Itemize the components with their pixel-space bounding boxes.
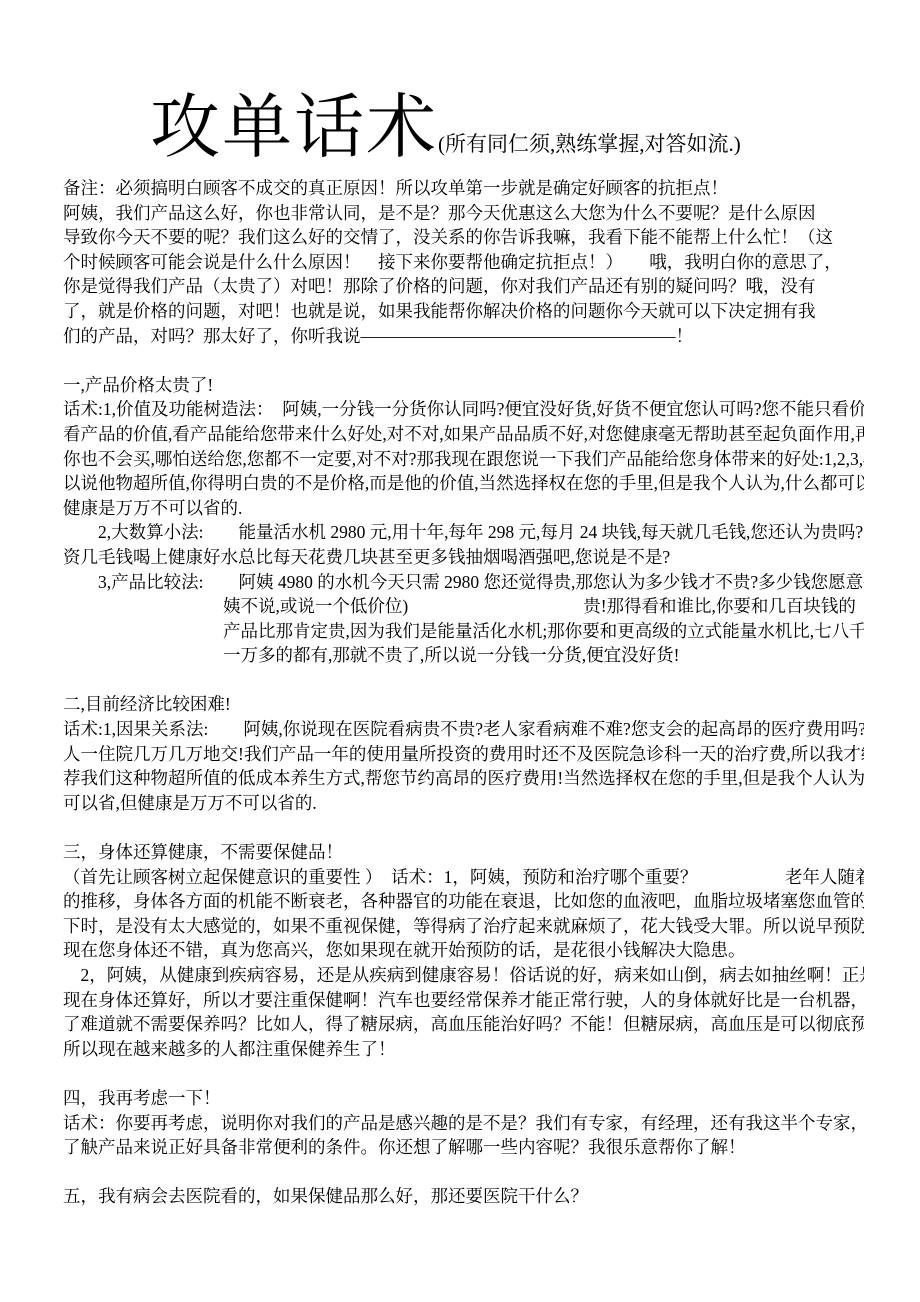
text-line: 现在您身体还不错，真为您高兴，您如果现在就开始预防的话，是花很小钱解决大隐患。	[63, 938, 864, 963]
text-line: 看产品的价值,看产品能给您带来什么好处,对不对,如果产品品质不好,对您健康毫无帮…	[63, 422, 864, 447]
text-line: 2,大数算小法: 能量活水机 2980 元,用十年,每年 298 元,每月 24…	[63, 520, 864, 545]
text-line: 一,产品价格太贵了!	[63, 373, 864, 398]
text-line	[63, 1061, 864, 1086]
text-line: 以说他物超所值,你得明白贵的不是价格,而是他的价值,当然选择权在您的手里,但是我…	[63, 471, 864, 496]
text-line: 话术：你要再考虑，说明你对我们的产品是感兴趣的是不是？我们有专家，有经理，还有我…	[63, 1111, 864, 1136]
text-line: 荐我们这种物超所值的低成本养生方式,帮您节约高昂的医疗费用!当然选择权在您的手里…	[63, 766, 864, 791]
text-line: 一万多的都有,那就不贵了,所以说一分钱一分货,便宜没好货!	[63, 643, 864, 668]
text-line: 你也不会买,哪怕送给您,您都不一定要,对不对?那我现在跟您说一下我们产品能给您身…	[63, 447, 864, 472]
text-line: 健康是万万不可以省的.	[63, 496, 864, 521]
text-line: 资几毛钱喝上健康好水总比每天花费几块甚至更多钱抽烟喝酒强吧,您说是不是?	[63, 545, 864, 570]
text-line	[63, 348, 864, 373]
text-line: 现在身体还算好，所以才要注重保健啊！汽车也要经常保养才能正常行驶，人的身体就好比…	[63, 988, 864, 1013]
text-line: 可以省,但健康是万万不可以省的.	[63, 791, 864, 816]
text-line: 话术:1,因果关系法: 阿姨,你说现在医院看病贵不贵?老人家看病难不难?您支会的…	[63, 717, 864, 742]
text-line	[63, 815, 864, 840]
document-page: 攻单话术(所有同仁须,熟练掌握,对答如流.) 备注：必须搞明白顾客不成交的真正原…	[0, 0, 920, 1302]
text-line: 所以现在越来越多的人都注重保健养生了！	[63, 1037, 864, 1062]
text-line: 导致你今天不要的呢？我们这么好的交情了，没关系的你告诉我嘛，我看下能不能帮上什么…	[63, 225, 864, 250]
text-line: 二,目前经济比较困难!	[63, 692, 864, 717]
document-subtitle: (所有同仁须,熟练掌握,对答如流.)	[438, 132, 741, 156]
text-line: 四，我再考虑一下！	[63, 1086, 864, 1111]
text-line: 们的产品，对吗？那太好了，你听我说——————————————————！	[63, 324, 864, 349]
text-line: 姨不说,或说一个低价位) 贵!那得看和谁比,你要和几百块钱的	[63, 594, 864, 619]
text-line	[63, 1160, 864, 1185]
text-line: 个时候顾客可能会说是什么什么原因！ 接下来你要帮他确定抗拒点！） 哦，我明白你的…	[63, 250, 864, 275]
text-line: 你是觉得我们产品（太贵了）对吧！那除了价格的问题，你对我们产品还有别的疑问吗？哦…	[63, 274, 864, 299]
text-line: 3,产品比较法: 阿姨 4980 的水机今天只需 2980 您还觉得贵,那您认为…	[63, 570, 864, 595]
text-line: 五，我有病会去医院看的，如果保健品那么好，那还要医院干什么？	[63, 1184, 864, 1209]
text-line: 产品比那肯定贵,因为我们是能量活化水机;那你要和更高级的立式能量水机比,七八千甚…	[63, 619, 864, 644]
text-line: 人一住院几万几万地交!我们产品一年的使用量所投资的费用时还不及医院急诊科一天的治…	[63, 742, 864, 767]
text-line: 话术:1,价值及功能树造法： 阿姨,一分钱一分货你认同吗?便宜没好货,好货不便宜…	[63, 397, 864, 422]
text-line: （首先让顾客树立起保健意识的重要性 ） 话术：1，阿姨，预防和治疗哪个重要？ 老…	[63, 865, 864, 890]
text-line: 2，阿姨，从健康到疾病容易，还是从疾病到健康容易！俗话说的好，病来如山倒，病去如…	[63, 963, 864, 988]
text-line: 了难道就不需要保养吗？比如人，得了糖尿病，高血压能治好吗？不能！但糖尿病，高血压…	[63, 1012, 864, 1037]
text-line: 了，就是价格的问题，对吧！也就是说，如果我能帮你解决价格的问题你今天就可以下决定…	[63, 299, 864, 324]
text-line	[63, 668, 864, 693]
text-line: 了觖产品来说正好具备非常便利的条件。你还想了解哪一些内容呢？我很乐意帮你了解！	[63, 1135, 864, 1160]
document-title: 攻单话术	[150, 90, 438, 167]
text-line: 三，身体还算健康，不需要保健品！	[63, 840, 864, 865]
text-line: 阿姨，我们产品这么好，你也非常认同，是不是？那今天优惠这么大您为什么不要呢？是什…	[63, 201, 864, 226]
document-body: 备注：必须搞明白顾客不成交的真正原因！所以攻单第一步就是确定好顾客的抗拒点！阿姨…	[0, 168, 920, 1209]
document-title-row: 攻单话术(所有同仁须,熟练掌握,对答如流.)	[0, 0, 920, 168]
text-line: 下时，是没有太大感觉的，如果不重视保健，等得病了治疗起来就麻烦了，花大钱受大罪。…	[63, 914, 864, 939]
text-line: 的推移，身体各方面的机能不断衰老，各种器官的功能在衰退，比如您的血液吧，血脂垃圾…	[63, 889, 864, 914]
text-line: 备注：必须搞明白顾客不成交的真正原因！所以攻单第一步就是确定好顾客的抗拒点！	[63, 176, 864, 201]
